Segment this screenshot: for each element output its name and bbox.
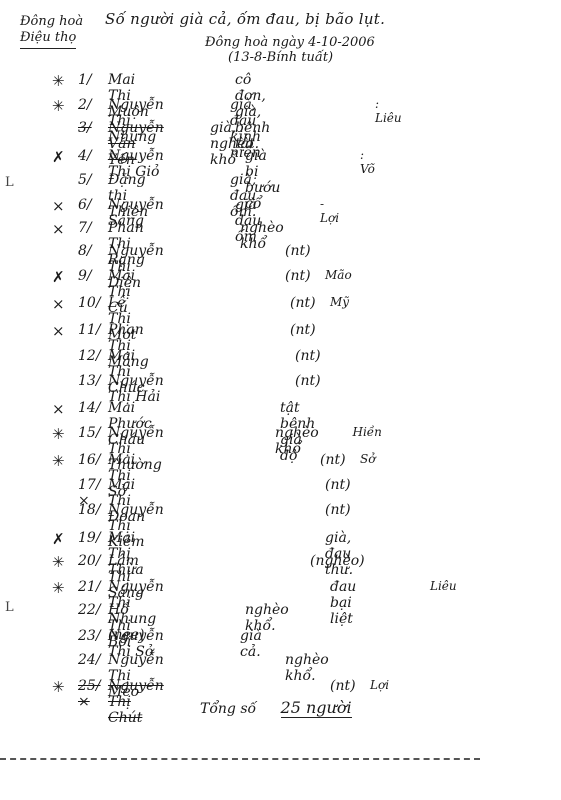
entry-number: 18/ (78, 502, 101, 518)
entry-number: 25/× (78, 678, 101, 710)
entry-mark: × (52, 400, 65, 418)
entry-number: 4/ (78, 148, 92, 164)
entry-note: nghèo khổ (240, 220, 284, 252)
entry-number: 2/ (78, 97, 92, 113)
entry-mark: ✳ (52, 678, 65, 696)
entry-mark: ✗ (52, 530, 65, 548)
total-line: Tổng số 25 người (200, 698, 352, 717)
entry-note: đau bại liệt (330, 579, 356, 627)
entry-note: (nt) (285, 243, 311, 259)
entry-number: 15/ (78, 425, 101, 441)
entry-note: (nt) (295, 373, 321, 389)
document-title: Số người già cả, ốm đau, bị bão lụt. (105, 10, 385, 28)
entry-note: (nt) (330, 678, 356, 694)
entry-extra: - Lợi (320, 197, 339, 225)
entry-note: (nt) (290, 295, 316, 311)
entry-mark: ✳ (52, 553, 65, 571)
entry-extra: Mão (325, 268, 352, 282)
header-commune-line1: Đông hoà (20, 14, 83, 30)
entry-note: (nt) (290, 322, 316, 338)
entry-mark: × (52, 197, 65, 215)
entry-number: 13/ (78, 373, 101, 389)
entry-extra: Lợi (370, 678, 389, 692)
entry-number: 23/ (78, 628, 101, 644)
entry-mark: ✳ (52, 72, 65, 90)
entry-extra: Hiền (353, 425, 382, 439)
margin-mark: L (5, 600, 14, 615)
entry-extra: Mỹ (330, 295, 349, 309)
header-commune-line2: Điệu thọ (20, 30, 76, 49)
total-count: 25 người (281, 698, 352, 718)
entry-note: (nt) (285, 268, 311, 284)
entry-note: (nt) (325, 477, 351, 493)
entry-number: 24/ (78, 652, 101, 668)
entry-mark: × (52, 295, 65, 313)
entry-number: 3/ (78, 120, 92, 136)
entry-number: 14/ (78, 400, 101, 416)
entry-number: 21/ (78, 579, 101, 595)
entry-number: 7/ (78, 220, 92, 236)
entry-number: 10/ (78, 295, 101, 311)
entry-number: 9/ (78, 268, 92, 284)
entry-note: nghèo khổ (275, 425, 319, 457)
entry-mark: ✳ (52, 452, 65, 470)
entry-mark: ✳ (52, 579, 65, 597)
entry-number: 20/ (78, 553, 101, 569)
entry-extra: : Võ (360, 148, 375, 176)
entry-number: 1/ (78, 72, 92, 88)
entry-note: nghèo khổ. (285, 652, 329, 684)
entry-number: 6/ (78, 197, 92, 213)
margin-mark: L (5, 175, 14, 190)
entry-mark: ✳ (52, 97, 65, 115)
entry-number: 22/ (78, 602, 101, 618)
entry-note: già cả. (240, 628, 262, 660)
lunar-date: (13-8-Bính tuất) (228, 50, 333, 65)
entry-name: Nguyễn Thị Chút (108, 678, 164, 726)
entry-note: (nghèo) (310, 553, 365, 569)
entry-extra: : Liêu (375, 97, 402, 125)
header-commune: Đông hoà Điệu thọ (20, 14, 83, 49)
entry-mark: ✗ (52, 148, 65, 166)
entry-note: (nt) (295, 348, 321, 364)
entry-note: (nt) (325, 502, 351, 518)
entry-extra: Sở (360, 452, 375, 466)
entry-mark: ✗ (52, 268, 65, 286)
entry-number: 19/ (78, 530, 101, 546)
entry-note: (nt) (320, 452, 346, 468)
entry-number: 8/ (78, 243, 92, 259)
entry-mark: × (52, 220, 65, 238)
entry-mark: ✳ (52, 425, 65, 443)
page-edge-dashed-line (0, 758, 480, 760)
entry-number: 11/ (78, 322, 101, 338)
entry-number: 12/ (78, 348, 101, 364)
entry-number: 16/ (78, 452, 101, 468)
total-label: Tổng số (200, 701, 256, 717)
entry-mark: × (52, 322, 65, 340)
entry-extra: Liêu (430, 579, 457, 593)
document-date: Đông hoà ngày 4-10-2006 (205, 35, 375, 50)
entry-number: 5/ (78, 172, 92, 188)
